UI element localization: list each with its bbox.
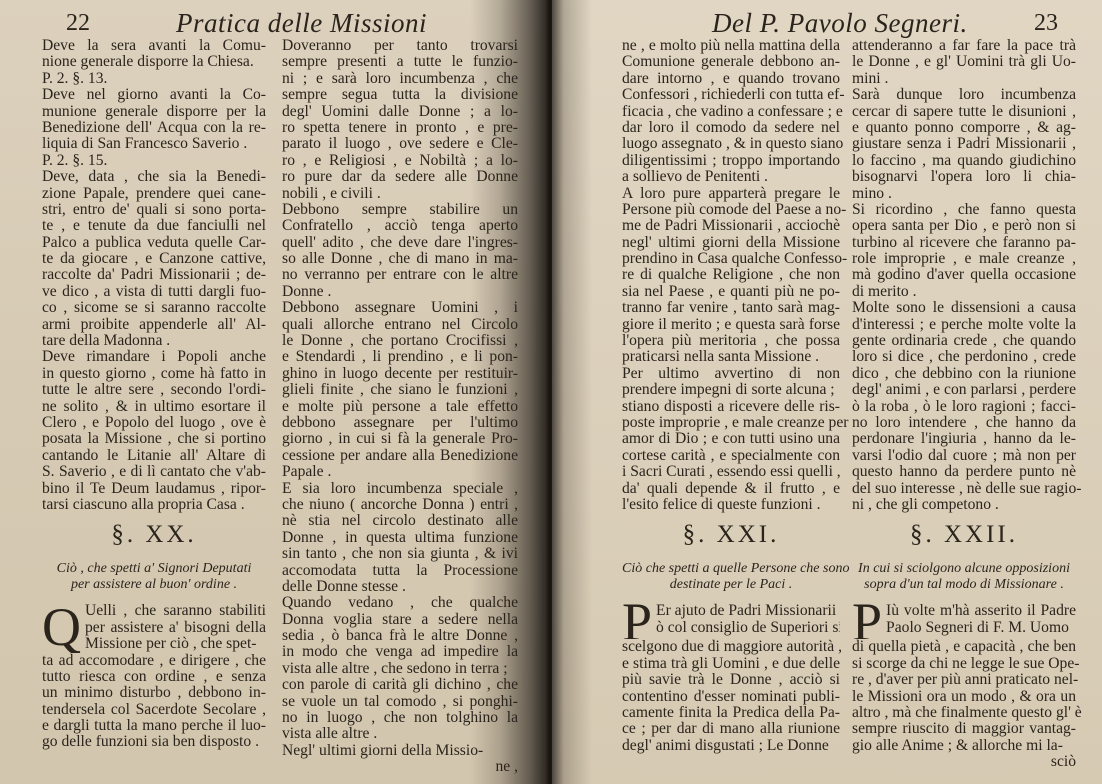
text-line: bino il Te Deum laudamus , ripor- [42,481,266,497]
running-head: Del P. Pavolo Segneri. [712,8,968,39]
text-line: del suo interesse , nè delle sue ragio- [852,481,1076,497]
text-line: re di qualche Religione , che non [622,267,840,283]
section-subtitle: per assistere al buon' ordine . [42,577,266,593]
text-line: ro , e Religiosi , e Nobiltà ; a lo- [282,153,518,169]
book-spread: 22 Pratica delle Missioni Deve la sera a… [0,0,1102,784]
drop-cap: P [622,605,652,639]
text-line: Deve nel giorno avanti la Co- [42,87,266,103]
text-line: gio alle Anime ; & allorche mi la- [852,738,1076,754]
drop-cap-lines: Iù volte m'hà asserito il PadrePaolo Seg… [852,603,1076,636]
section-subtitle: Ciò , che spetti a' Signori Deputati [42,561,266,577]
text-line: turbino al ricevere che faranno pa- [852,235,1076,251]
text-line: degl' Uomini dalle Donne ; a lo- [282,104,518,120]
text-line: delle Donne stesse . [282,579,518,595]
section-subtitle: destinate per le Paci . [622,577,840,593]
text-block: Doveranno per tanto trovarsisempre prese… [282,38,518,759]
text-line: accomodata tutta la Processione [282,563,518,579]
text-line: posata la Missione , che si portino [42,431,266,447]
text-line: le Donne , e gl' Uomini trà gli Uo- [852,54,1076,70]
text-block: ta ad accomodare , e dirigere , chetutto… [42,653,266,751]
text-line: d'interessi ; e perche molte volte la [852,317,1076,333]
drop-cap: Q [42,605,81,649]
text-line: Per ultimo avvertino di non [622,366,840,382]
text-line: Iù volte m'hà asserito il Padre [852,603,1076,619]
text-line: Donne . [282,284,518,300]
text-line: e quanto ponno comporre , & ag- [852,120,1076,136]
text-line: Sarà dunque loro incumbenza [852,87,1076,103]
text-line: amor di Dio ; e con tutti usino una [622,431,840,447]
text-line: Donna voglia stare a sedere nella [282,612,518,628]
text-line: vista alle altre . [282,726,518,742]
text-line: tendersela col Sacerdote Secolare , [42,702,266,718]
text-line: zione Papale, prendere quei cane- [42,186,266,202]
text-line: glieli finite , che siano le funzioni , [282,382,518,398]
text-line: degl' animi , e con parlarsi , perdere [852,382,1076,398]
right-page: Del P. Pavolo Segneri. 23 ne , e molto p… [552,0,1102,784]
text-line: Donne , in questa ultima funzione [282,530,518,546]
text-line: quali allorche entrano nel Circolo [282,317,518,333]
section-subtitle: In cui si sciolgono alcune opposizioni [852,561,1076,577]
text-line: ficacia , che vadino a confessare ; e [622,104,840,120]
text-line: dico , che debbino con la riunione [852,366,1076,382]
text-line: e dargli tutta la mano perche il luo- [42,718,266,734]
text-line: ta ad accomodare , e dirigere , che [42,653,266,669]
text-line: mino . [852,186,1076,202]
text-line: stri, entro de' quali si sono porta- [42,202,266,218]
text-line: go delle funzioni sia ben disposto . [42,734,266,750]
text-line: ve dico , a vista di tutti dargli fuo- [42,284,266,300]
text-line: e Stendardi , li prendino , e li pon- [282,349,518,365]
text-line: camente finita la Predica della Pa- [622,705,840,721]
text-line: dare intorno , e quando trovano [622,71,840,87]
text-line: S. Saverio , e di lì cantato che v'ab- [42,464,266,480]
text-line: se vuole un tal comodo , si ponghi- [282,694,518,710]
text-line: a sollievo de Penitenti . [622,169,840,185]
text-line: ni ; e sarà loro incumbenza , che [282,71,518,87]
drop-cap-paragraph: P Er ajuto de Padri Missionarii ,ò col c… [622,603,840,639]
text-line: bisognarvi l'opera loro li chia- [852,169,1076,185]
text-line: sia nel Paese , e quanti più ne po- [622,284,840,300]
text-line: raccolte da' Padri Missionarii ; de- [42,267,266,283]
running-head: Pratica delle Missioni [176,8,427,39]
text-line: quell' adito , che deve dare l'ingres- [282,235,518,251]
text-line: sedia , ò banca frà le altre Donne , [282,628,518,644]
text-line: vista alle altre , che sedono in terra ; [282,661,518,677]
text-line: Paolo Segneri di F. M. Uomo [852,620,1076,636]
text-line: ne , e molto più nella mattina della [622,38,840,54]
text-line: Doveranno per tanto trovarsi [282,38,518,54]
text-line: Molte sono le dissensioni a causa [852,300,1076,316]
text-line: Benedizione dell' Acqua con la re- [42,120,266,136]
text-line: contentino d'esser nominati publi- [622,689,840,705]
text-line: altro , mà che finalmente questo gl' è [852,705,1076,721]
text-line: cessione per andare alla Benedizione [282,448,518,464]
text-line: sempre riuscito di maggior vantag- [852,721,1076,737]
text-line: ro spetta tenere in pronto , e pre- [282,120,518,136]
section-subtitle: sopra d'un tal modo di Missionare . [852,577,1076,593]
text-line: Palco a publica veduta quelle Car- [42,235,266,251]
text-line: i Sacri Curati , essendo essi quelli , [622,464,840,480]
right-page-column-1: ne , e molto più nella mattina dellaComu… [622,38,840,754]
text-line: che niuno ( ancorche Donna ) entri , [282,497,518,513]
text-line: mà godino d'aver quella occasione [852,267,1076,283]
drop-cap: P [852,605,882,639]
text-line: nione generale disporre la Chiesa. [42,54,266,70]
text-line: in questo giorno , come hà fatto in [42,366,266,382]
text-line: so alle Donne , che di mano in ma- [282,251,518,267]
text-line: P. 2. §. 15. [42,153,266,169]
text-line: degl' animi disgustati ; Le Donne [622,738,840,754]
text-line: l'esito felice di queste funzioni . [622,497,840,513]
text-line: ne solito , & in ultimo esortare il [42,399,266,415]
text-line: P. 2. §. 13. [42,71,266,87]
text-line: di quella pietà , e capacità , che ben [852,639,1076,655]
text-block: di quella pietà , e capacità , che bensi… [852,639,1076,754]
text-line: Confratello , acciò tenga aperto [282,218,518,234]
text-line: nè stia nel circolo destinato alle [282,513,518,529]
text-line: lo faccino , ma quando giudichino [852,153,1076,169]
text-line: co , sicome se si saranno raccolte [42,300,266,316]
text-line: te , e tenute da due fanciulli nel [42,218,266,234]
text-line: munione generale disporre per la [42,104,266,120]
text-line: Er ajuto de Padri Missionarii , [622,603,840,619]
left-page-column-1: Deve la sera avanti la Comu-nione genera… [42,38,266,751]
text-line: opera santa per Dio , e però non si [852,218,1076,234]
text-line: Debbono assegnare Uomini , i [282,300,518,316]
right-page-column-2: attenderanno a far fare la pace tràle Do… [852,38,1076,770]
section-heading: §. XXI. [622,527,840,551]
catchword: sciò [852,754,1076,770]
text-line: stiano disposti a ricevere delle ris- [622,399,840,415]
text-line: armi proibite appenderle all' Al- [42,317,266,333]
text-line: e stima trà gli Uomini , e due delle [622,656,840,672]
text-line: Quando vedano , che qualche [282,595,518,611]
text-line: si scorge da chi ne legge le sue Ope- [852,656,1076,672]
text-line: negl' ultimi giorni della Missione [622,235,840,251]
text-line: prendino in Casa qualche Confesso- [622,251,840,267]
text-line: tare della Madonna . [42,333,266,349]
text-block: Deve la sera avanti la Comu-nione genera… [42,38,266,513]
text-line: Debbono sempre stabilire un [282,202,518,218]
text-line: cortese carità , e specialmente con [622,448,840,464]
page-number: 23 [1034,10,1058,37]
text-line: scelgono due di maggiore autorità , [622,639,840,655]
text-block: attenderanno a far fare la pace tràle Do… [852,38,1076,513]
text-line: ò col consiglio de Superiori si [622,620,840,636]
text-line: cantando le Litanie all' Altare di [42,448,266,464]
text-line: ro pure dar da sedere alle Donne [282,169,518,185]
text-line: debbono assegnare per l'ultimo [282,415,518,431]
text-line: Papale . [282,464,518,480]
text-line: role improprie , e male creanze , [852,251,1076,267]
text-line: e molte più persone a tale effetto [282,399,518,415]
text-line: questo hanno da perdere punto nè [852,464,1076,480]
text-block: ne , e molto più nella mattina dellaComu… [622,38,840,513]
text-line: attenderanno a far fare la pace trà [852,38,1076,54]
text-line: ce ; per dar di mano alla riunione [622,721,840,737]
left-page-column-2: Doveranno per tanto trovarsisempre prese… [282,38,518,776]
text-line: te da giocare , e Canzone cattive, [42,251,266,267]
text-line: da' quali depende & il frutto , e [622,481,840,497]
text-line: tranno far venire , tanto sarà mag- [622,300,840,316]
text-line: diligentissimi ; troppo importando [622,153,840,169]
text-line: ò la roba , ò le loro ragioni ; facci- [852,399,1076,415]
left-page: 22 Pratica delle Missioni Deve la sera a… [0,0,548,784]
text-line: no in luogo , che non tolghino la [282,710,518,726]
text-line: me de Padri Missionarii , acciochè [622,218,840,234]
text-line: le Donne , che portano Crocifissi , [282,333,518,349]
text-line: nobili , e civili . [282,186,518,202]
page-number: 22 [66,10,90,37]
text-line: cercar di sapere tutte le disunioni , [852,104,1076,120]
text-line: Negl' ultimi giorni della Missio- [282,743,518,759]
text-line: Persone più comode del Paese a no- [622,202,840,218]
drop-cap-paragraph: Q Uelli , che saranno stabilitiper assis… [42,603,266,652]
text-line: giustare senza i Padri Missionarii , [852,136,1076,152]
text-line: gente ordinaria crede , che quando [852,333,1076,349]
text-line: sin tanto , che non sia giunta , & ivi [282,546,518,562]
section-heading: §. XXII. [852,527,1076,551]
text-line: luogo assegnato , & in questo siano [622,136,840,152]
text-line: no verranno per entrare con le altre [282,267,518,283]
text-line: tutte le altre sere , secondo l'ordi- [42,382,266,398]
drop-cap-lines: Er ajuto de Padri Missionarii ,ò col con… [622,603,840,636]
text-line: Clero , e Popolo del luogo , ove è [42,415,266,431]
text-line: ghino in luogo decente per restituir- [282,366,518,382]
text-line: Si ricordino , che fanno questa [852,202,1076,218]
text-line: liquia di San Francesco Saverio . [42,136,266,152]
text-line: un minimo disturbo , debbono in- [42,685,266,701]
text-line: E sia loro incumbenza speciale , [282,481,518,497]
text-line: più savie trà le Donne , acciò si [622,672,840,688]
text-line: l'opera più meritoria , che possa [622,333,840,349]
text-line: tutto riesca con ordine , e senza [42,669,266,685]
text-line: Deve, data , che sia la Benedi- [42,169,266,185]
section-subtitle: Ciò che spetti a quelle Persone che sono [622,561,840,577]
text-line: giore il merito ; e questa sarà forse [622,317,840,333]
text-line: perdonare l'ingiuria , hanno da le- [852,431,1076,447]
text-line: praticarsi nella santa Missione . [622,349,840,365]
text-line: A loro pure apparterà pregare le [622,186,840,202]
text-line: parato il luogo , ove sedere e Cle- [282,136,518,152]
text-line: Comunione generale debbono an- [622,54,840,70]
text-line: giorno , in cui si fà la generale Pro- [282,431,518,447]
text-line: dar loro il comodo da sedere nel [622,120,840,136]
text-line: Deve rimandare i Popoli anche [42,349,266,365]
text-line: varsi l'odio dal cuore ; mà non per [852,448,1076,464]
text-line: sempre segua tutta la divisione [282,87,518,103]
text-line: le Missioni ora un modo , & ora un [852,689,1076,705]
text-line: di merito . [852,284,1076,300]
text-block: scelgono due di maggiore autorità ,e sti… [622,639,840,754]
text-line: loro si dice , che perdonino , crede [852,349,1076,365]
text-line: tarsi ciascuno alla propria Casa . [42,497,266,513]
text-line: ni , che gli competono . [852,497,1076,513]
text-line: Confessori , richiederli con tutta ef- [622,87,840,103]
text-line: poste improprie , e male creanze per [622,415,840,431]
section-heading: §. XX. [42,527,266,551]
text-line: Deve la sera avanti la Comu- [42,38,266,54]
text-line: sempre presenti a tutte le funzio- [282,54,518,70]
text-line: con parole di carità gli dichino , che [282,677,518,693]
catchword: ne , [282,759,518,775]
text-line: no loro intendere , che hanno da [852,415,1076,431]
text-line: mini . [852,71,1076,87]
text-line: prendere impegni di sorte alcuna ; [622,382,840,398]
drop-cap-paragraph: P Iù volte m'hà asserito il PadrePaolo S… [852,603,1076,639]
text-line: in modo che venga ad impedire la [282,644,518,660]
text-line: re , d'aver per più anni praticato nel- [852,672,1076,688]
